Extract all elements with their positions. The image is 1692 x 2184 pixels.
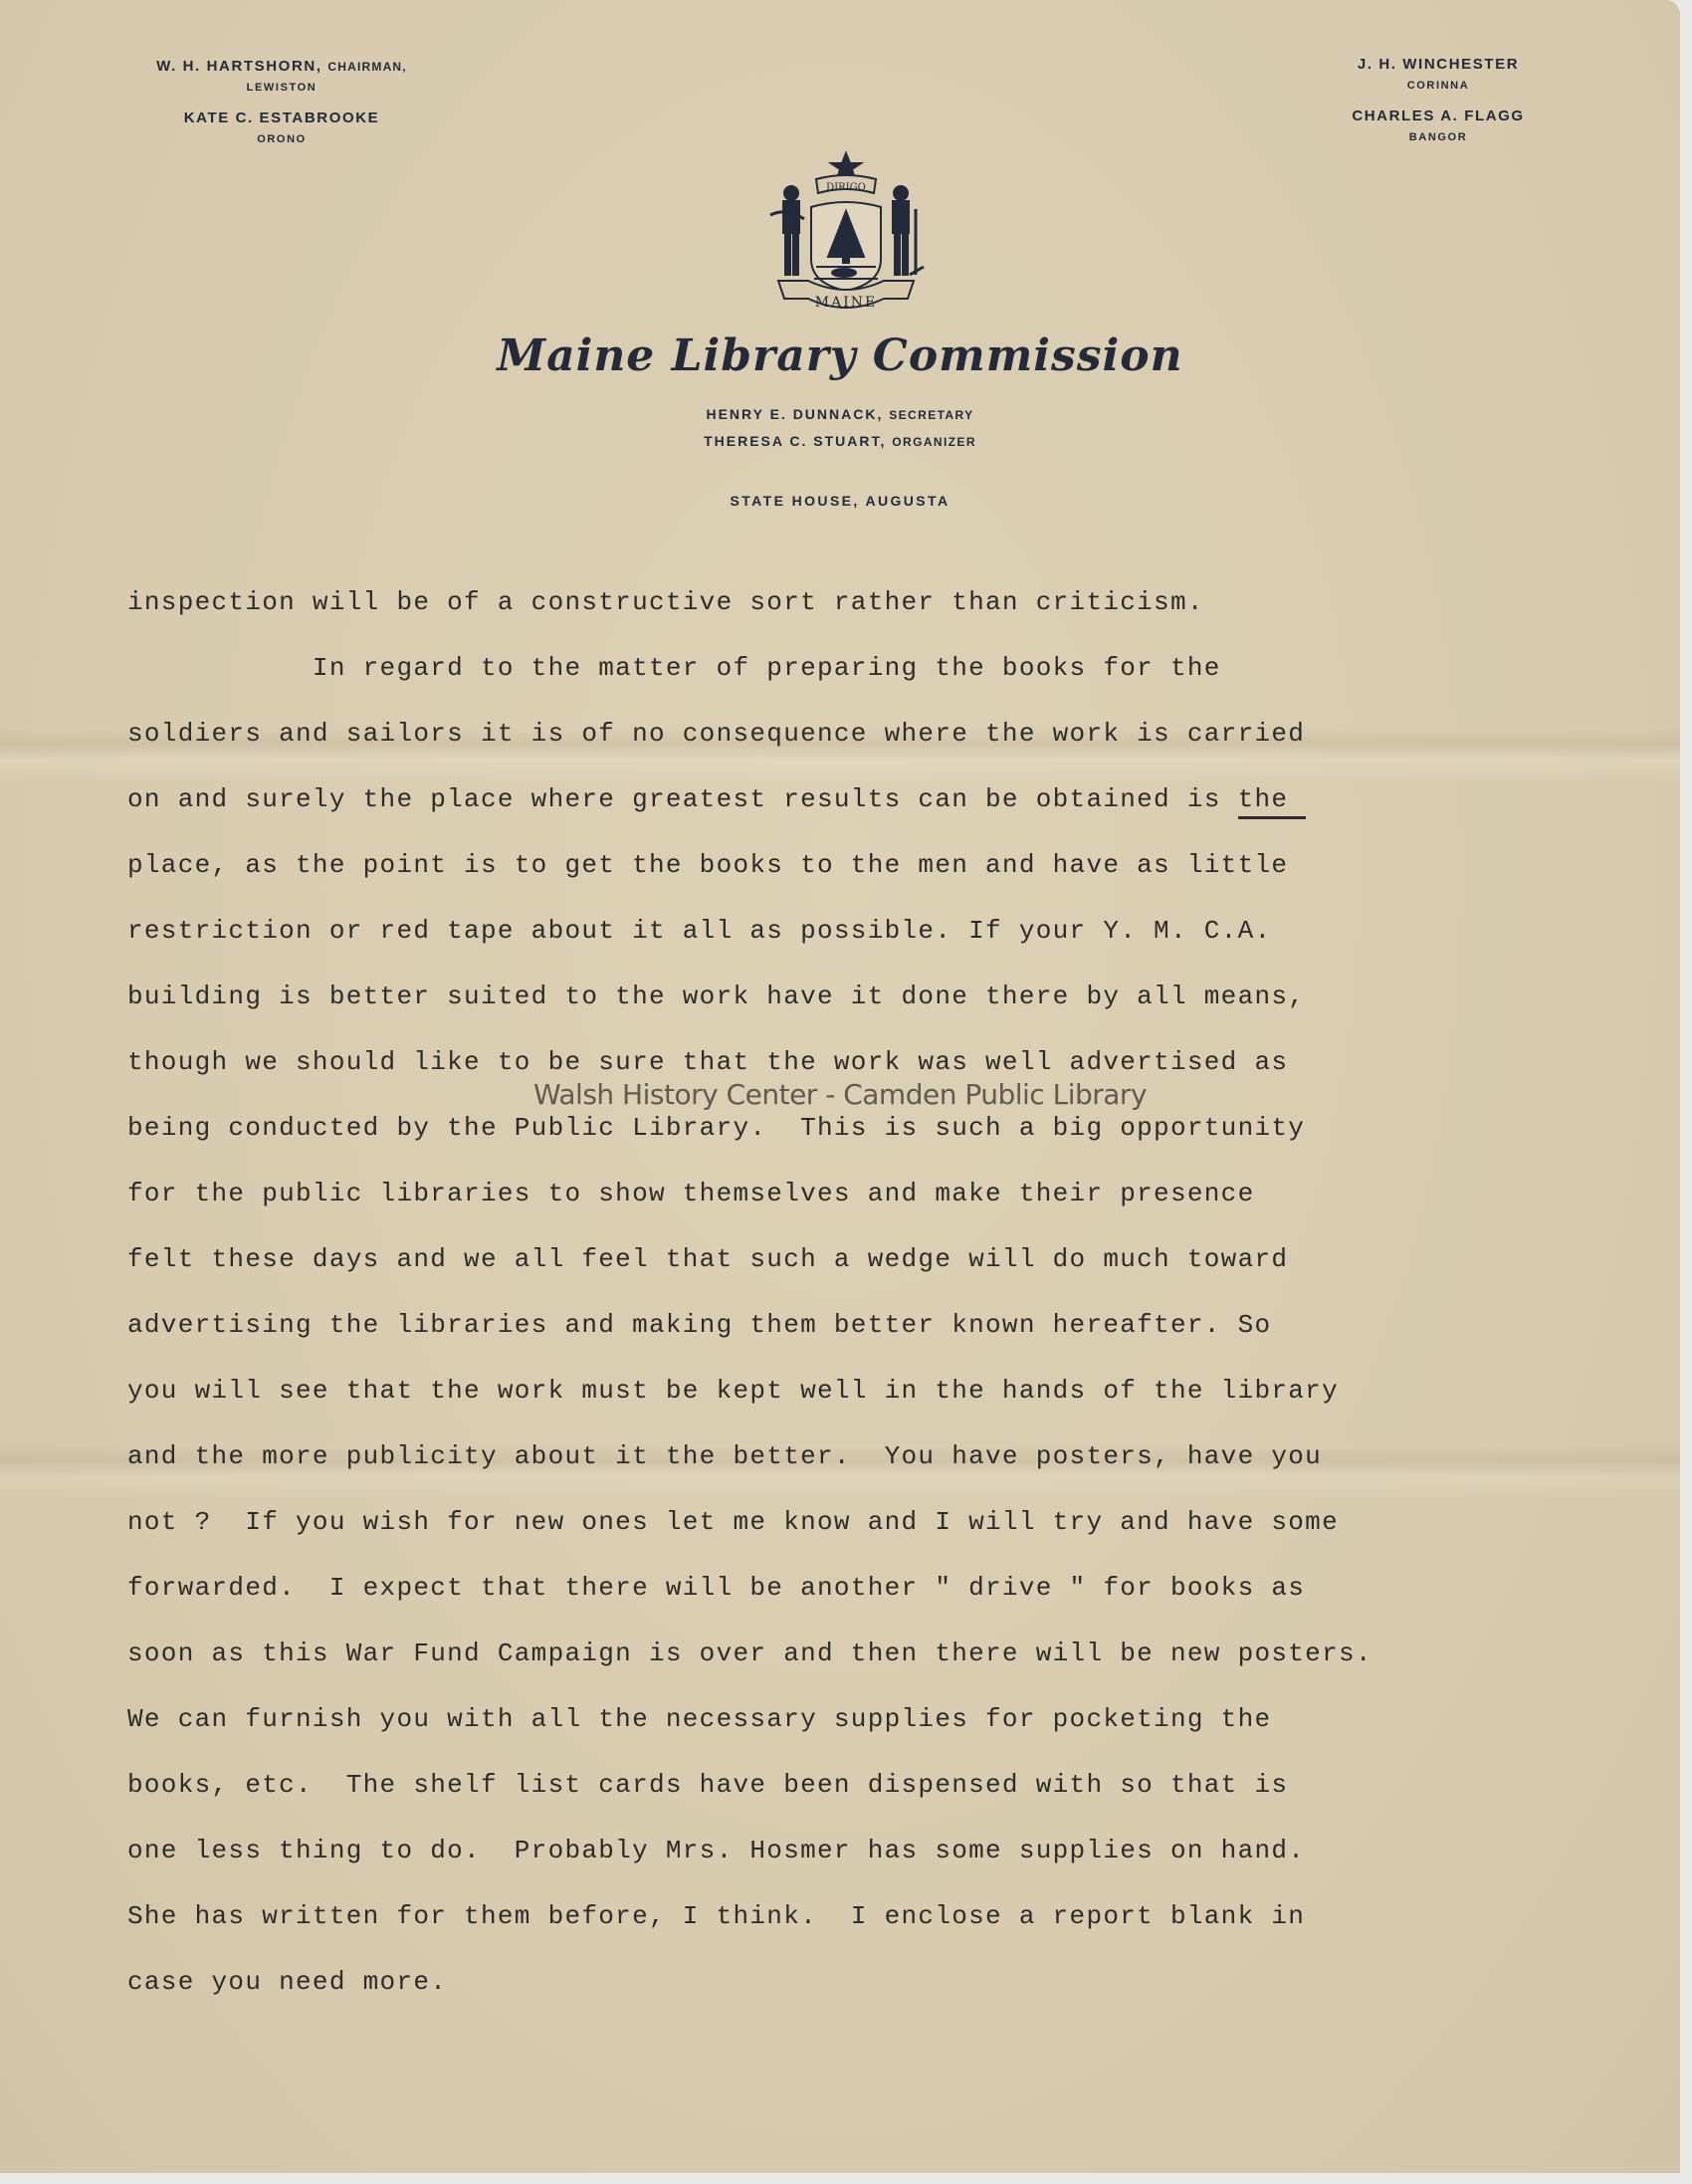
letter-line: on and surely the place where greatest r… [127, 766, 1640, 832]
office-address: STATE HOUSE, AUGUSTA [0, 493, 1680, 509]
letter-line: We can furnish you with all the necessar… [127, 1686, 1640, 1752]
member-town: BANGOR [1304, 127, 1573, 147]
member-name: KATE C. ESTABROOKE [117, 108, 446, 129]
staff-role: ORGANIZER [892, 435, 976, 449]
member-name-text: W. H. HARTSHORN, [156, 58, 321, 75]
letter-line: forwarded. I expect that there will be a… [127, 1555, 1640, 1621]
letter-line: for the public libraries to show themsel… [127, 1161, 1640, 1226]
staff-list: HENRY E. DUNNACK, SECRETARY THERESA C. S… [0, 401, 1680, 455]
organization-name: Maine Library Commission [0, 330, 1680, 381]
letter-line: case you need more. [127, 1949, 1640, 2015]
letter-line: advertising the libraries and making the… [127, 1292, 1640, 1358]
staff-line: HENRY E. DUNNACK, SECRETARY [0, 401, 1680, 428]
letter-line-text: on and surely the place where greatest r… [127, 784, 1238, 814]
member-name: CHARLES A. FLAGG [1304, 106, 1573, 127]
letter-line: soon as this War Fund Campaign is over a… [127, 1621, 1640, 1686]
letter-page: W. H. HARTSHORN, CHAIRMAN, LEWISTON KATE… [0, 0, 1680, 2173]
member-title: CHAIRMAN, [327, 60, 406, 74]
member-name-text: KATE C. ESTABROOKE [184, 109, 380, 126]
letter-line: felt these days and we all feel that suc… [127, 1226, 1640, 1292]
svg-text:MAINE: MAINE [815, 295, 877, 311]
member-town: ORONO [117, 129, 446, 149]
letter-line: restriction or red tape about it all as … [127, 898, 1640, 964]
letterhead-right-members: J. H. WINCHESTER CORINNA CHARLES A. FLAG… [1304, 54, 1573, 157]
archive-watermark: Walsh History Center - Camden Public Lib… [0, 1078, 1680, 1111]
letter-line: soldiers and sailors it is of no consequ… [127, 701, 1640, 766]
underlined-word: the [1238, 784, 1307, 819]
letter-line: books, etc. The shelf list cards have be… [127, 1752, 1640, 1818]
letter-line: one less thing to do. Probably Mrs. Hosm… [127, 1818, 1640, 1883]
staff-name: THERESA C. STUART, [704, 433, 886, 449]
member-name: J. H. WINCHESTER [1304, 54, 1573, 76]
staff-role: SECRETARY [889, 408, 973, 422]
letter-line: In regard to the matter of preparing the… [127, 635, 1640, 701]
maine-state-seal-icon: DIRIGO [756, 149, 936, 319]
letter-line: and the more publicity about it the bett… [127, 1423, 1640, 1489]
member-name-text: CHARLES A. FLAGG [1352, 108, 1524, 124]
member-town: LEWISTON [117, 78, 446, 98]
member-name-text: J. H. WINCHESTER [1358, 56, 1519, 73]
staff-name: HENRY E. DUNNACK, [706, 406, 883, 422]
member-town: CORINNA [1304, 76, 1573, 96]
svg-text:DIRIGO: DIRIGO [826, 182, 866, 193]
letter-body: inspection will be of a constructive sor… [127, 569, 1640, 2015]
letterhead-left-members: W. H. HARTSHORN, CHAIRMAN, LEWISTON KATE… [117, 56, 446, 159]
letter-line: not ? If you wish for new ones let me kn… [127, 1489, 1640, 1555]
letter-line: place, as the point is to get the books … [127, 832, 1640, 898]
letter-line: inspection will be of a constructive sor… [127, 569, 1640, 635]
member-name: W. H. HARTSHORN, CHAIRMAN, [117, 56, 446, 78]
staff-line: THERESA C. STUART, ORGANIZER [0, 428, 1680, 455]
letter-line: you will see that the work must be kept … [127, 1358, 1640, 1423]
letter-line: building is better suited to the work ha… [127, 964, 1640, 1029]
letter-line: She has written for them before, I think… [127, 1883, 1640, 1949]
